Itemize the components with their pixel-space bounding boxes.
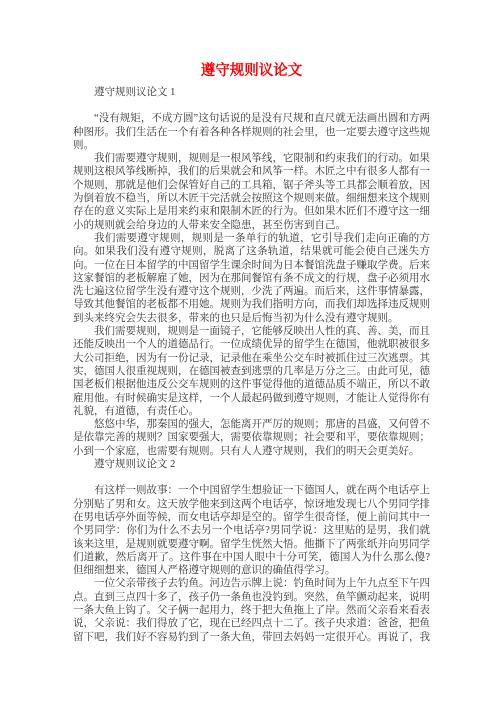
essay-paragraph: 有这样一则故事：一个中国留学生想验证一下德国人，就在两个电话亭上分别贴了男和女。… — [73, 484, 430, 577]
essay-paragraph: 悠悠中华，那秦国的强大，怎能离开严厉的规则；那唐的昌盛，又何曾不是依靠完善的规则… — [73, 418, 430, 458]
document-page: 遵守规则议论文 遵守规则议论文 1 “没有规矩，不成方圆”这句话说的是没有尺规和… — [73, 0, 430, 644]
page-title: 遵守规则议论文 — [73, 62, 430, 80]
essay-paragraph: “没有规矩，不成方圆”这句话说的是没有尺规和直尺就无法画出圆和方两种图形。我们生… — [73, 112, 430, 152]
section-1-heading: 遵守规则议论文 1 — [73, 86, 430, 99]
essay-paragraph: 我们需要规则，规则是一面镜子，它能够反映出人性的真、善、美，而且还能反映出一个人… — [73, 325, 430, 418]
section-2-heading: 遵守规则议论文 2 — [73, 458, 430, 471]
essay-paragraph: 我们需要遵守规则，规则是一根风筝线，它限制和约束我们的行动。如果规则这根风筝线断… — [73, 152, 430, 232]
essay-paragraph: 一位父亲带孩子去钓鱼。河边告示牌上说：钓鱼时间为上午九点至下午四点。直到三点四十… — [73, 577, 430, 643]
essay-paragraph: 我们需要遵守规则，规则是一条单行的轨道，它引导我们走向正确的方向。如果我们没有遵… — [73, 232, 430, 325]
